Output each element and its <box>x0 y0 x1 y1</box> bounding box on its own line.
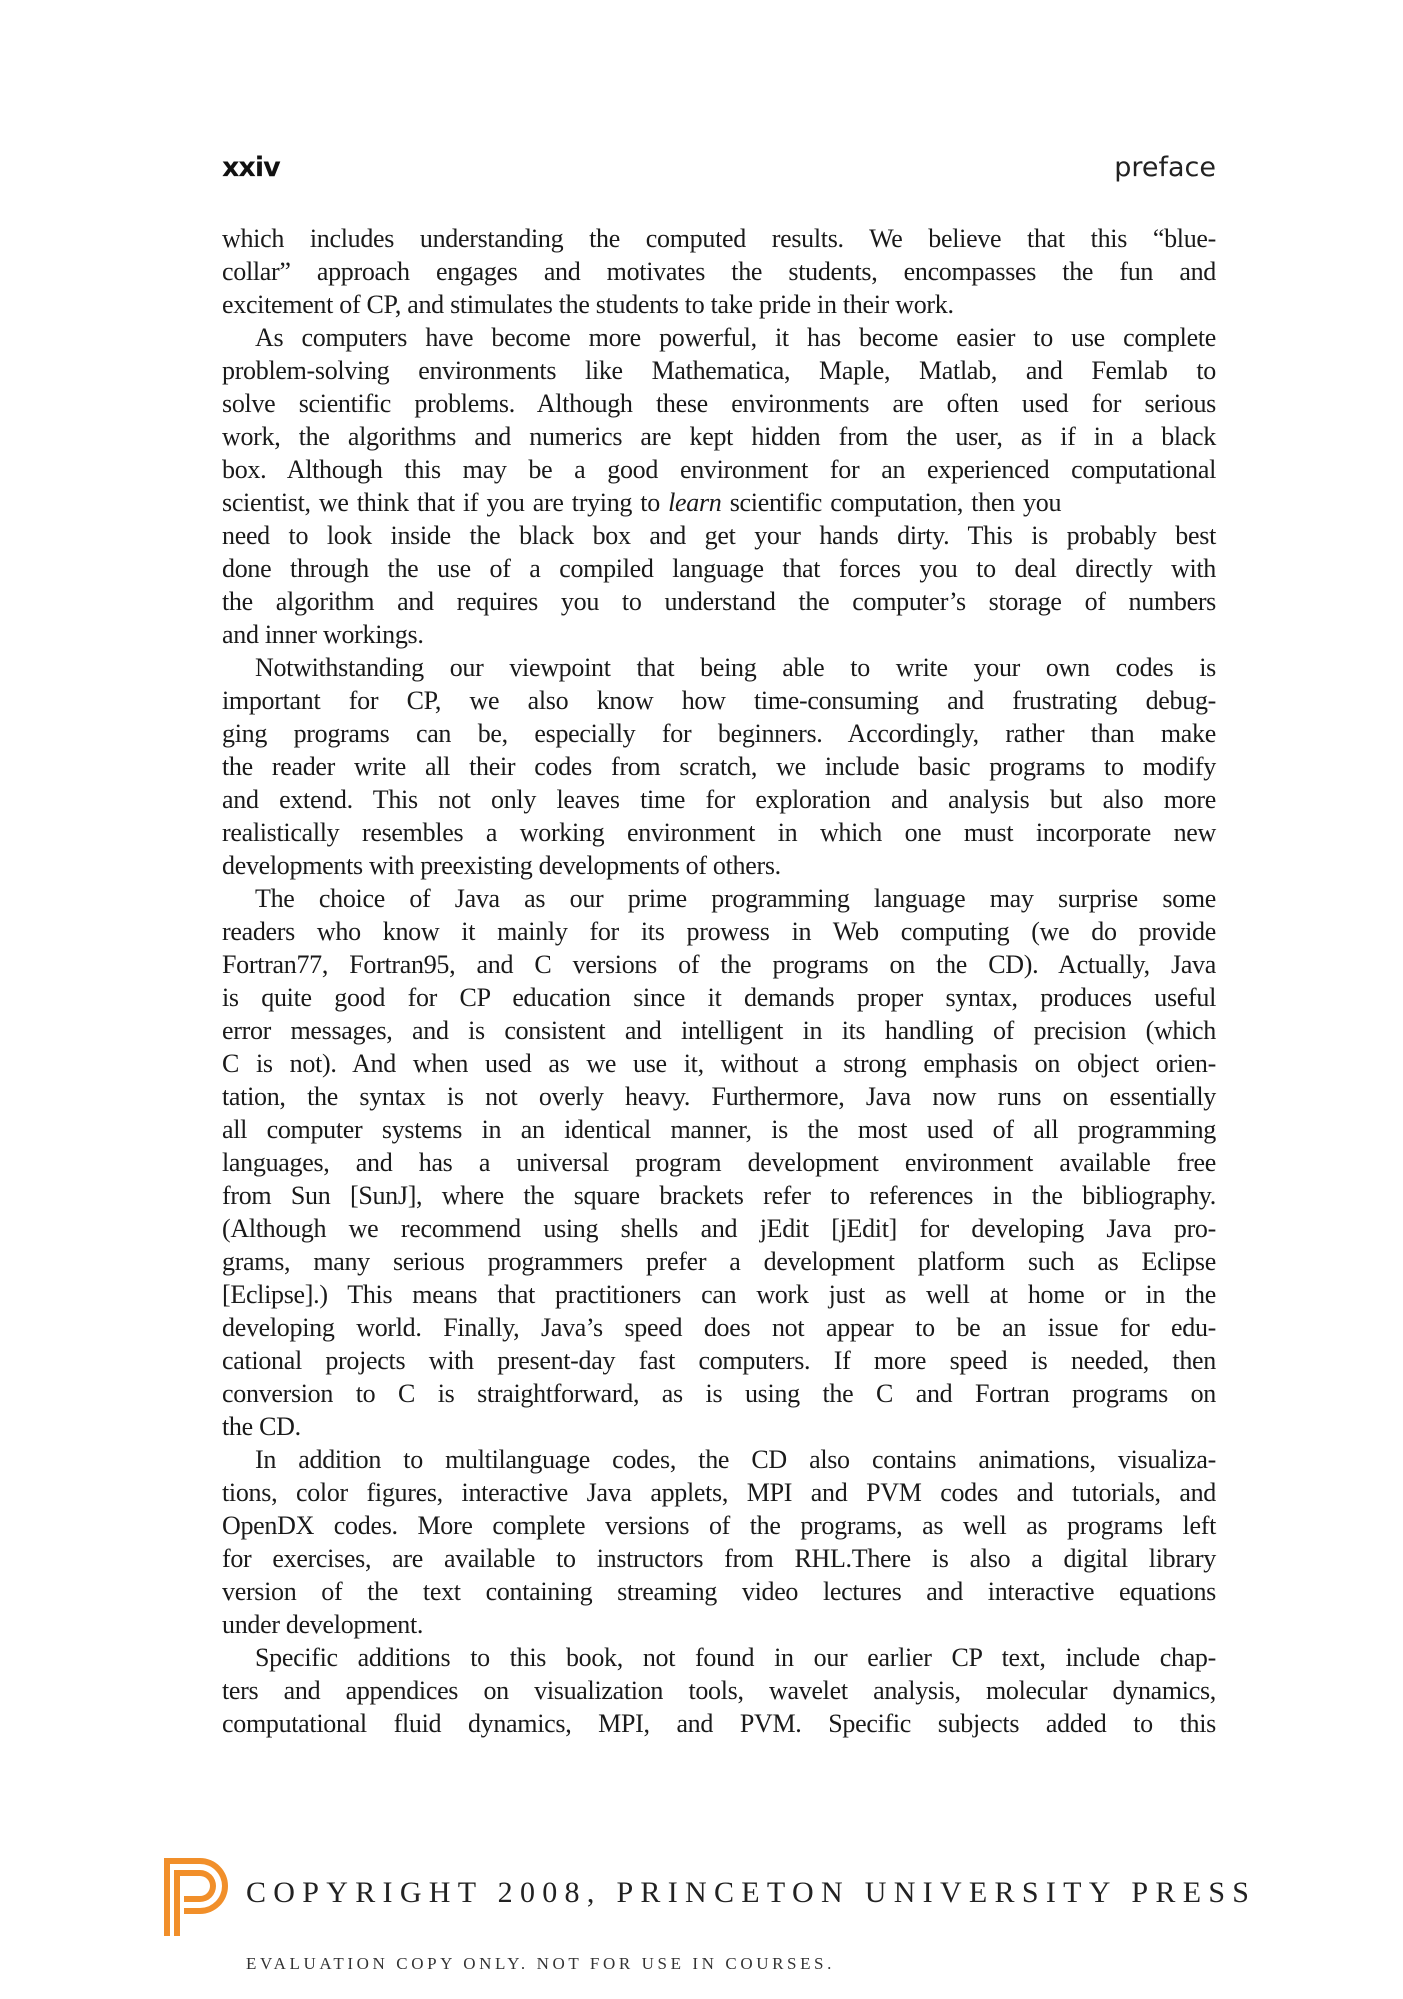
text-line: the algorithm and requires you to unders… <box>222 585 1216 618</box>
text-line: error messages, and is consistent and in… <box>222 1014 1216 1047</box>
text-line: languages, and has a universal program d… <box>222 1146 1216 1179</box>
text-line: scientist, we think that if you are tryi… <box>222 486 1216 519</box>
text-line: grams, many serious programmers prefer a… <box>222 1245 1216 1278</box>
text-line: Specific additions to this book, not fou… <box>222 1641 1216 1674</box>
text-line: [Eclipse].) This means that practitioner… <box>222 1278 1216 1311</box>
text-line: excitement of CP, and stimulates the stu… <box>222 288 1216 321</box>
text-line: readers who know it mainly for its prowe… <box>222 915 1216 948</box>
text-line: for exercises, are available to instruct… <box>222 1542 1216 1575</box>
text-line: done through the use of a compiled langu… <box>222 552 1216 585</box>
text-line: developing world. Finally, Java’s speed … <box>222 1311 1216 1344</box>
text-line: collar” approach engages and motivates t… <box>222 255 1216 288</box>
text-line: and extend. This not only leaves time fo… <box>222 783 1216 816</box>
text-run: scientist, we think that if you are tryi… <box>222 488 668 517</box>
text-line: tions, color figures, interactive Java a… <box>222 1476 1216 1509</box>
text-line: conversion to C is straightforward, as i… <box>222 1377 1216 1410</box>
text-line: As computers have become more powerful, … <box>222 321 1216 354</box>
book-page: xxiv preface which includes understandin… <box>0 0 1403 1999</box>
body-text: which includes understanding the compute… <box>222 222 1216 1740</box>
text-line: Notwithstanding our viewpoint that being… <box>222 651 1216 684</box>
text-line: the CD. <box>222 1410 1216 1443</box>
text-line: important for CP, we also know how time-… <box>222 684 1216 717</box>
text-line: need to look inside the black box and ge… <box>222 519 1216 552</box>
emphasis-text: learn <box>668 488 721 517</box>
text-line: which includes understanding the compute… <box>222 222 1216 255</box>
text-line: box. Although this may be a good environ… <box>222 453 1216 486</box>
text-line: version of the text containing streaming… <box>222 1575 1216 1608</box>
section-title: preface <box>1114 152 1216 183</box>
text-line: is quite good for CP education since it … <box>222 981 1216 1014</box>
text-line: ging programs can be, especially for beg… <box>222 717 1216 750</box>
evaluation-notice: EVALUATION COPY ONLY. NOT FOR USE IN COU… <box>246 1954 835 1974</box>
publisher-footer: COPYRIGHT 2008, PRINCETON UNIVERSITY PRE… <box>162 1852 1312 1992</box>
text-line: C is not). And when used as we use it, w… <box>222 1047 1216 1080</box>
text-line: realistically resembles a working enviro… <box>222 816 1216 849</box>
text-line: the reader write all their codes from sc… <box>222 750 1216 783</box>
text-line: solve scientific problems. Although thes… <box>222 387 1216 420</box>
text-line: OpenDX codes. More complete versions of … <box>222 1509 1216 1542</box>
text-line: ters and appendices on visualization too… <box>222 1674 1216 1707</box>
text-line: computational fluid dynamics, MPI, and P… <box>222 1707 1216 1740</box>
text-line: and inner workings. <box>222 618 1216 651</box>
text-line: In addition to multilanguage codes, the … <box>222 1443 1216 1476</box>
text-line: all computer systems in an identical man… <box>222 1113 1216 1146</box>
running-head: xxiv preface <box>222 152 1216 192</box>
text-line: from Sun [SunJ], where the square bracke… <box>222 1179 1216 1212</box>
page-number: xxiv <box>222 152 280 183</box>
princeton-press-logo-icon <box>162 1856 228 1938</box>
text-line: under development. <box>222 1608 1216 1641</box>
text-line: problem-solving environments like Mathem… <box>222 354 1216 387</box>
text-line: tation, the syntax is not overly heavy. … <box>222 1080 1216 1113</box>
copyright-notice: COPYRIGHT 2008, PRINCETON UNIVERSITY PRE… <box>246 1876 1256 1910</box>
text-run: scientific computation, then you <box>722 488 1062 517</box>
text-line: work, the algorithms and numerics are ke… <box>222 420 1216 453</box>
text-line: The choice of Java as our prime programm… <box>222 882 1216 915</box>
text-line: cational projects with present-day fast … <box>222 1344 1216 1377</box>
text-line: Fortran77, Fortran95, and C versions of … <box>222 948 1216 981</box>
text-line: (Although we recommend using shells and … <box>222 1212 1216 1245</box>
text-line: developments with preexisting developmen… <box>222 849 1216 882</box>
